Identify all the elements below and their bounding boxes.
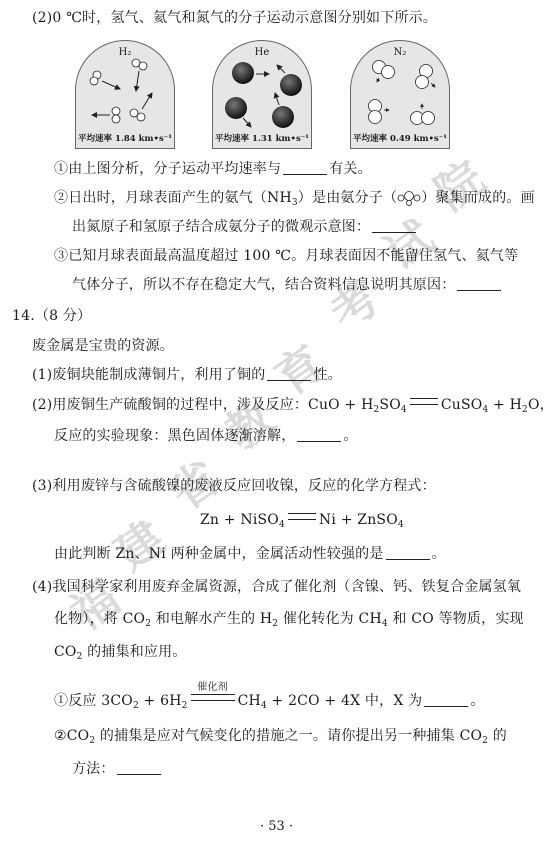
answer-blank[interactable]	[386, 545, 430, 560]
part2-q1: ①由上图分析，分子运动平均速率与有关。	[54, 160, 372, 178]
q14-part3-equation: Zn + NiSO4Ni + ZnSO4	[200, 511, 404, 534]
answer-blank[interactable]	[457, 276, 501, 291]
q14-intro: 废金属是宝贵的资源。	[32, 337, 174, 355]
page-number: · 53 ·	[0, 819, 553, 834]
speed-label: 平均速率 0.49 km•s⁻¹	[351, 132, 449, 144]
part2-q3-line2: 气体分子，所以不存在稳定大气，结合资料信息说明其原因：	[72, 276, 503, 294]
watermark-char: 教	[210, 383, 286, 463]
exam-page: 福 建 省 教 育 考 试 院 (2)0 ℃时，氢气、氦气和氮气的分子运动示意图…	[0, 0, 553, 844]
h2-diagram: H₂ 平均速率 1.84 km•s⁻¹	[75, 40, 175, 149]
he-diagram: He 平均速率 1.31 km•s⁻¹	[212, 40, 312, 149]
part2-q3-line1: ③已知月球表面最高温度超过 100 ℃。月球表面因不能留住氢气、氦气等	[54, 247, 518, 265]
n2-diagram: N₂ 平均速率 0.49 km•s⁻¹	[350, 40, 450, 149]
watermark-char: 建	[100, 503, 176, 583]
answer-blank[interactable]	[283, 160, 327, 175]
q14-part4-q2-line2: 方法：	[72, 760, 163, 778]
q14-part4-q1: ①反应 3CO2 + 6H2催化剂CH4 + 2CO + 4X 中，X 为。	[54, 692, 485, 715]
answer-blank[interactable]	[267, 366, 311, 381]
part2-intro: (2)0 ℃时，氢气、氦气和氮气的分子运动示意图分别如下所示。	[32, 9, 437, 27]
q14-part4-line3: CO2 的捕集和应用。	[54, 643, 187, 666]
part2-q2-line2: 出氮原子和氢原子结合成氨分子的微观示意图：	[72, 218, 418, 236]
q14-header: 14.（8 分）	[12, 307, 91, 325]
q14-part2-line2: 反应的实验现象：黑色固体逐渐溶解，。	[54, 427, 358, 445]
catalyst-equals-sign: 催化剂	[191, 694, 235, 701]
speed-label: 平均速率 1.84 km•s⁻¹	[76, 132, 174, 144]
answer-blank[interactable]	[372, 218, 416, 233]
equals-sign	[288, 513, 316, 520]
watermark-char: 考	[315, 263, 391, 343]
equals-sign	[410, 398, 438, 405]
q14-part2-line1: (2)用废铜生产硫酸铜的过程中，涉及反应：CuO + H2SO4CuSO4 + …	[32, 396, 553, 419]
molecule-diagrams: H₂ 平均速率 1.84 km•s⁻¹ He	[0, 38, 553, 158]
answer-blank[interactable]	[117, 760, 161, 775]
q14-part1: (1)废铜块能制成薄铜片，利用了铜的性。	[32, 366, 342, 384]
speed-label: 平均速率 1.31 km•s⁻¹	[213, 132, 311, 144]
q14-part4-line1: (4)我国科学家利用废弃金属资源，合成了催化剂（含镍、钙、铁复合金属氢氧	[32, 578, 521, 596]
q14-part4-line2: 化物），将 CO2 和电解水产生的 H2 催化转化为 CH4 和 CO 等物质，…	[54, 610, 524, 633]
watermark-char: 试	[370, 203, 446, 283]
q14-part3-line1: (3)利用废锌与含硫酸镍的废液反应回收镍，反应的化学方程式：	[32, 477, 436, 495]
answer-blank[interactable]	[424, 692, 468, 707]
part2-q2-line1: ②日出时，月球表面产生的氨气（NH3）是由氨分子（）聚集而成的。画	[54, 189, 535, 212]
ammonia-molecule-icon	[397, 190, 421, 206]
q14-part4-q2-line1: ②CO2 的捕集是应对气候变化的措施之一。请你提出另一种捕集 CO2 的	[54, 727, 507, 750]
q14-part3-line3: 由此判断 Zn、Ni 两种金属中，金属活动性较强的是。	[54, 545, 446, 563]
answer-blank[interactable]	[297, 427, 341, 442]
